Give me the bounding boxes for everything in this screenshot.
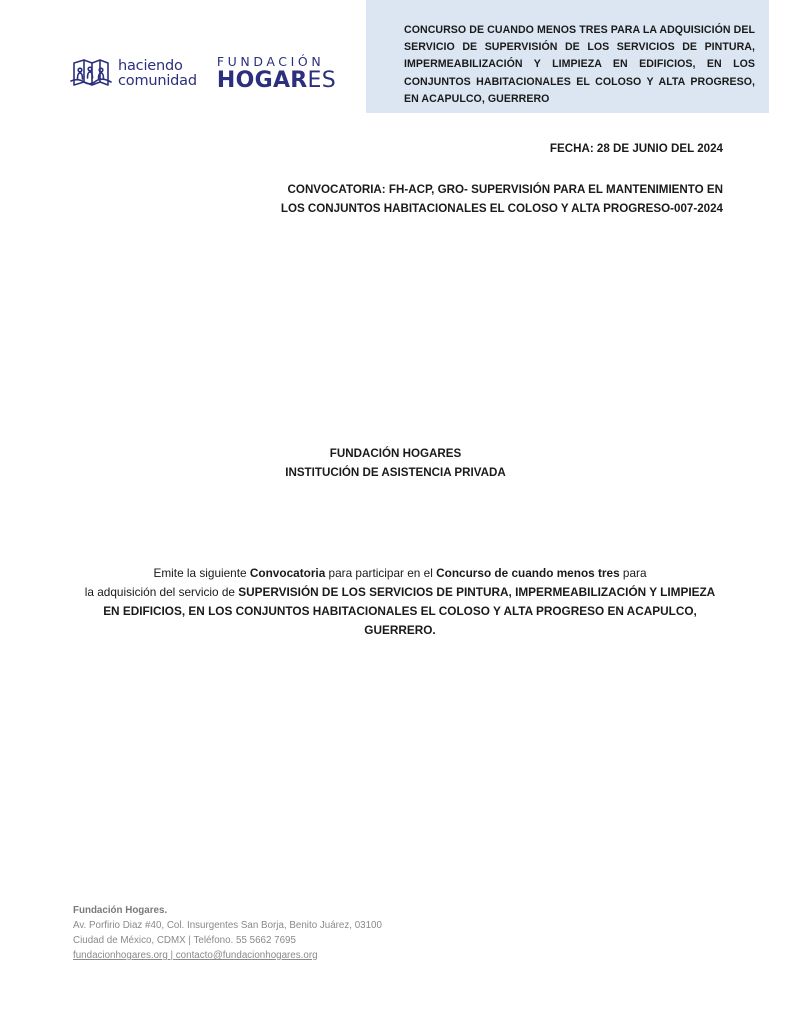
footer-address: Av. Porfirio Diaz #40, Col. Insurgentes … xyxy=(73,918,382,933)
convocatoria-line-1: CONVOCATORIA: FH-ACP, GRO- SUPERVISIÓN P… xyxy=(243,180,723,199)
convocatoria-line-2: LOS CONJUNTOS HABITACIONALES EL COLOSO Y… xyxy=(243,199,723,218)
text-run-bold: Concurso de cuando menos tres xyxy=(436,566,620,580)
text-run-bold: SUPERVISIÓN DE LOS SERVICIOS DE PINTURA,… xyxy=(238,585,715,599)
logo-line-2: comunidad xyxy=(118,74,197,89)
haciendo-comunidad-text: haciendo comunidad xyxy=(118,59,197,89)
announcement-line-1: Emite la siguiente Convocatoria para par… xyxy=(70,564,730,583)
text-run-bold: GUERRERO. xyxy=(364,623,435,637)
footer-city-phone: Ciudad de México, CDMX | Teléfono. 55 56… xyxy=(73,933,382,948)
text-run-bold: Convocatoria xyxy=(250,566,325,580)
haciendo-comunidad-logo: haciendo comunidad xyxy=(70,57,197,91)
email-link[interactable]: contacto@fundacionhogares.org xyxy=(176,950,318,961)
announcement-line-2: la adquisición del servicio de SUPERVISI… xyxy=(70,583,730,602)
logo-hogar-bold: HOGAR xyxy=(217,68,308,93)
footer-org-name: Fundación Hogares. xyxy=(73,903,382,918)
title-box-text: CONCURSO DE CUANDO MENOS TRES PARA LA AD… xyxy=(404,22,755,108)
announcement-line-3: EN EDIFICIOS, EN LOS CONJUNTOS HABITACIO… xyxy=(70,602,730,621)
logo-es-light: ES xyxy=(308,68,336,93)
document-page: haciendo comunidad FUNDACIÓN HOGARES CON… xyxy=(0,0,791,1024)
fundacion-hogares-logo: FUNDACIÓN HOGARES xyxy=(217,55,336,93)
institution-type: INSTITUCIÓN DE ASISTENCIA PRIVADA xyxy=(0,463,791,482)
text-run: la adquisición del servicio de xyxy=(85,585,238,599)
logo-hogares-text: HOGARES xyxy=(217,69,336,93)
announcement-paragraph: Emite la siguiente Convocatoria para par… xyxy=(70,564,730,640)
institution-name: FUNDACIÓN HOGARES xyxy=(0,444,791,463)
logo-line-1: haciendo xyxy=(118,59,197,74)
footer-separator: | xyxy=(168,950,176,961)
footer-contact: Fundación Hogares. Av. Porfirio Diaz #40… xyxy=(73,903,382,963)
website-link[interactable]: fundacionhogares.org xyxy=(73,950,168,961)
footer-links: fundacionhogares.org | contacto@fundacio… xyxy=(73,948,382,963)
institution-heading: FUNDACIÓN HOGARES INSTITUCIÓN DE ASISTEN… xyxy=(0,444,791,482)
text-run: Emite la siguiente xyxy=(153,566,249,580)
announcement-line-4: GUERRERO. xyxy=(70,621,730,640)
convocatoria-reference: CONVOCATORIA: FH-ACP, GRO- SUPERVISIÓN P… xyxy=(243,180,723,218)
text-run: para participar en el xyxy=(325,566,436,580)
logo-fundacion-text: FUNDACIÓN xyxy=(217,55,336,69)
logo-group: haciendo comunidad FUNDACIÓN HOGARES xyxy=(70,52,336,96)
document-date: FECHA: 28 DE JUNIO DEL 2024 xyxy=(550,142,723,155)
people-map-icon xyxy=(70,57,112,91)
text-run-bold: EN EDIFICIOS, EN LOS CONJUNTOS HABITACIO… xyxy=(103,604,697,618)
text-run: para xyxy=(620,566,647,580)
title-box: CONCURSO DE CUANDO MENOS TRES PARA LA AD… xyxy=(366,0,769,113)
